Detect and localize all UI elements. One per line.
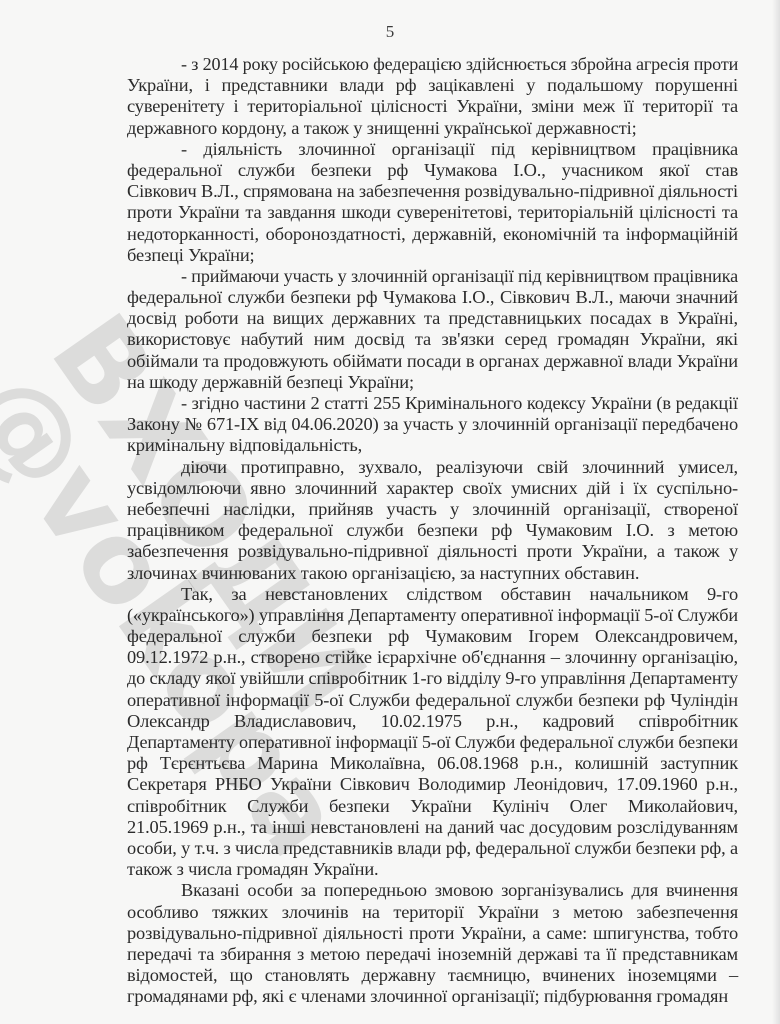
text-line: - діяльність злочинної організації під к… <box>127 139 738 160</box>
text-line: суверенітету і територіальної цілісності… <box>127 96 738 117</box>
paragraph-criminal-org-activity: - діяльність злочинної організації під к… <box>127 139 738 266</box>
text-line: проти України та завдання шкоди суверені… <box>127 202 738 223</box>
text-line: використовує набутий ним досвід та зв'яз… <box>127 329 738 350</box>
text-line: федеральної служби безпеки рф Чумакова І… <box>127 287 738 308</box>
text-line: федеральної служби безпеки рф Чумакова І… <box>127 160 738 181</box>
text-line: Закону № 671-IX від 04.06.2020) за участ… <box>127 414 738 435</box>
text-line: Вказані особи за попередньою змовою зорг… <box>127 880 738 901</box>
text-line: Секретаря РНБО України Сівкович Володими… <box>127 774 738 795</box>
text-line: обіймали та продовжують обіймати посади … <box>127 351 738 372</box>
text-line: 21.05.1969 р.н., та інші невстановлені н… <box>127 817 738 838</box>
text-line: кримінальну відповідальність, <box>127 435 738 456</box>
text-line: Так, за невстановлених слідством обстави… <box>127 584 738 605</box>
text-line: федеральної служби безпеки рф Чумаковим … <box>127 626 738 647</box>
text-line: Олександр Владиславович, 10.02.1975 р.н.… <box>127 711 738 732</box>
paragraph-conspiracy: Вказані особи за попередньою змовою зорг… <box>127 880 738 1007</box>
text-line: небезпечні наслідки, прийняв участь у зл… <box>127 499 738 520</box>
text-line: співробітник Служби безпеки України Кулі… <box>127 796 738 817</box>
text-line: Сівкович В.Л., спрямована на забезпеченн… <box>127 181 738 202</box>
document-page: 5 - з 2014 року російською федерацією зд… <box>0 0 780 1024</box>
text-line: досвід роботи на вищих державних та пред… <box>127 308 738 329</box>
text-line: забезпечення розвідувально-підривної дія… <box>127 541 738 562</box>
text-line: відомостей, що становлять державну таємн… <box>127 965 738 986</box>
text-line: - згідно частини 2 статті 255 Кримінальн… <box>127 393 738 414</box>
document-body: - з 2014 року російською федерацією здій… <box>127 54 738 1007</box>
text-line: особливо тяжких злочинів на території Ук… <box>127 902 738 923</box>
text-line: («українського») управління Департаменту… <box>127 605 738 626</box>
text-line: недоторканності, обороноздатності, держа… <box>127 224 738 245</box>
text-line: розвідувально-підривної діяльності проти… <box>127 923 738 944</box>
paragraph-aggression: - з 2014 року російською федерацією здій… <box>127 54 738 139</box>
text-line: громадянами рф, які є членами злочинної … <box>127 986 738 1007</box>
text-line: особи, у т.ч. з числа представників влад… <box>127 838 738 859</box>
paragraph-article-255: - згідно частини 2 статті 255 Кримінальн… <box>127 393 738 457</box>
text-line: рф Тєрєнтьєва Марина Миколаївна, 06.08.1… <box>127 753 738 774</box>
text-line: також з числа громадян України. <box>127 859 738 880</box>
text-line: на шкоду державній безпеці України; <box>127 372 738 393</box>
text-line: України, і представники влади рф зацікав… <box>127 75 738 96</box>
paragraph-acting-unlawfully: діючи протиправно, зухвало, реалізуючи с… <box>127 457 738 584</box>
text-line: до складу якої увійшли співробітник 1-го… <box>127 668 738 689</box>
page-number: 5 <box>0 22 780 42</box>
text-line: Департаменту оперативної інформації 5-ої… <box>127 732 738 753</box>
text-line: усвідомлюючи явно злочинний характер сво… <box>127 478 738 499</box>
text-line: злочинах вчинюваних такою організацією, … <box>127 563 738 584</box>
paragraph-circumstances: Так, за невстановлених слідством обстави… <box>127 584 738 881</box>
text-line: передачі та збирання з метою передачі ін… <box>127 944 738 965</box>
text-line: - приймаючи участь у злочинній організац… <box>127 266 738 287</box>
text-line: діючи протиправно, зухвало, реалізуючи с… <box>127 457 738 478</box>
text-line: 09.12.1972 р.н., створено стійке ієрархі… <box>127 647 738 668</box>
text-line: - з 2014 року російською федерацією здій… <box>127 54 738 75</box>
text-line: працівником федеральної служби безпеки р… <box>127 520 738 541</box>
paragraph-participation: - приймаючи участь у злочинній організац… <box>127 266 738 393</box>
text-line: оперативної інформації 5-ої Служби федер… <box>127 690 738 711</box>
text-line: безпеці України; <box>127 245 738 266</box>
text-line: державного кордону, а також у знищенні у… <box>127 118 738 139</box>
